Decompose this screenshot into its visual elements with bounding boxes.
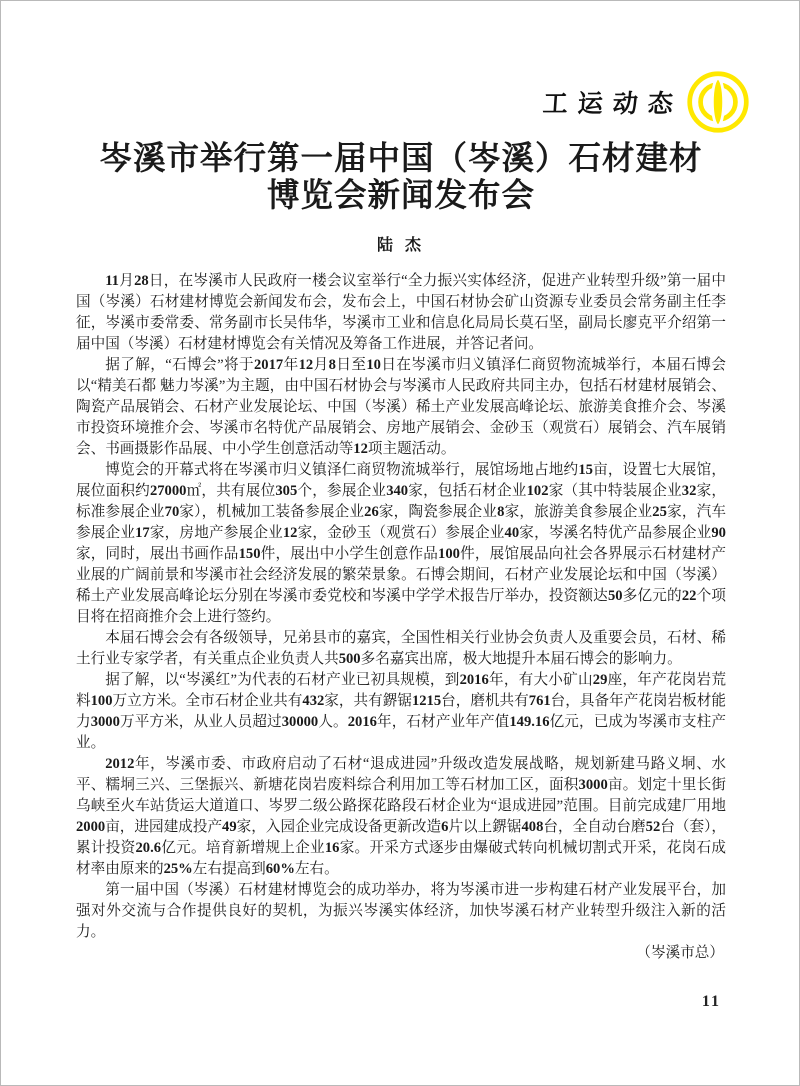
trade-union-emblem-icon [685,69,751,135]
paragraph-5: 据了解，以“岑溪红”为代表的石材产业已初具规模，到2016年，有大小矿山29座，… [76,670,726,754]
masthead: 工运动态 [543,69,751,135]
paragraph-7: 第一届中国（岑溪）石材建材博览会的成功举办，将为岑溪市进一步构建石材产业发展平台… [76,880,726,943]
attribution: （岑溪市总） [76,943,726,964]
paragraph-3: 博览会的开幕式将在岑溪市归义镇泽仁商贸物流城举行，展馆场地占地约15亩，设置七大… [76,460,726,628]
masthead-title: 工运动态 [542,84,685,120]
paragraph-4: 本届石博会会有各级领导，兄弟县市的嘉宾，全国性相关行业协会负责人及重要会员，石材… [76,628,726,670]
article-author: 陆 杰 [76,232,726,255]
paragraph-2: 据了解，“石博会”将于2017年12月8日至10日在岑溪市归义镇泽仁商贸物流城举… [76,355,726,460]
article-body: 11月28日，在岑溪市人民政府一楼会议室举行“全力振兴实体经济，促进产业转型升级… [76,271,726,964]
article-title-line1: 岑溪市举行第一届中国（岑溪）石材建材 [99,141,702,177]
article: 岑溪市举行第一届中国（岑溪）石材建材 博览会新闻发布会 陆 杰 11月28日，在… [1,1,799,964]
article-title-line2: 博览会新闻发布会 [267,178,535,214]
paragraph-1: 11月28日，在岑溪市人民政府一楼会议室举行“全力振兴实体经济，促进产业转型升级… [76,271,726,355]
page-number: 11 [702,993,721,1011]
document-page: 工运动态 岑溪市举行第一届中国（岑溪）石材建材 博览会新闻发布会 陆 杰 11月… [0,0,800,1086]
paragraph-6: 2012年，岑溪市委、市政府启动了石材“退成进园”升级改造发展战略，规划新建马路… [76,754,726,880]
article-title: 岑溪市举行第一届中国（岑溪）石材建材 博览会新闻发布会 [76,141,726,215]
